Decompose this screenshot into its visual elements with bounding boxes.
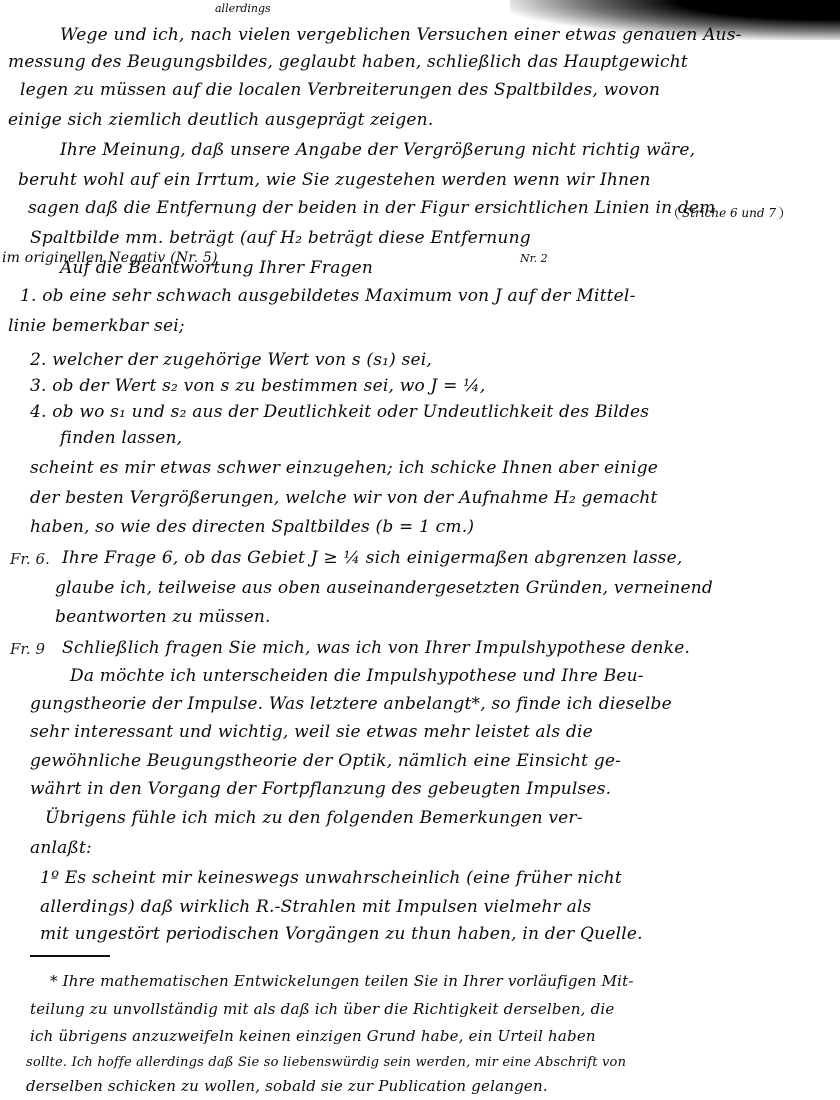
- interlinear-insertion: allerdings: [215, 2, 271, 15]
- text-line-20: Ihre Frage 6, ob das Gebiet J ≥ ¼ sich e…: [62, 548, 682, 568]
- footnote-divider: [30, 955, 110, 957]
- letter-page: allerdings Wege und ich, nach vielen ver…: [0, 0, 840, 1100]
- text-line-3: legen zu müssen auf die localen Verbreit…: [20, 80, 660, 100]
- text-line-29: Übrigens fühle ich mich zu den folgenden…: [45, 808, 583, 828]
- text-line-21: glaube ich, teilweise aus oben auseinand…: [55, 578, 713, 598]
- text-line-1: Wege und ich, nach vielen vergeblichen V…: [60, 25, 742, 45]
- footnote-line-1: * Ihre mathematischen Entwickelungen tei…: [50, 972, 634, 990]
- text-line-18: der besten Vergrößerungen, welche wir vo…: [30, 488, 658, 508]
- question-4-cont: finden lassen,: [60, 428, 182, 448]
- text-line-31: 1º Es scheint mir keineswegs unwahrschei…: [40, 868, 622, 888]
- text-line-24: Da möchte ich unterscheiden die Impulshy…: [70, 666, 644, 686]
- text-line-2: messung des Beugungsbildes, geglaubt hab…: [8, 52, 688, 72]
- text-line-26: sehr interessant und wichtig, weil sie e…: [30, 722, 593, 742]
- text-line-5: Ihre Meinung, daß unsere Angabe der Verg…: [60, 140, 695, 160]
- text-line-22: beantworten zu müssen.: [55, 607, 271, 627]
- question-1: 1. ob eine sehr schwach ausgebildetes Ma…: [20, 286, 636, 306]
- text-line-8: Spaltbilde mm. beträgt (auf H₂ beträgt d…: [30, 228, 531, 248]
- text-line-33: mit ungestört periodischen Vorgängen zu …: [40, 924, 643, 944]
- text-line-28: währt in den Vorgang der Fortpflanzung d…: [30, 779, 611, 799]
- question-4: 4. ob wo s₁ und s₂ aus der Deutlichkeit …: [30, 402, 649, 422]
- footnote-line-4: sollte. Ich hoffe allerdings daß Sie so …: [26, 1055, 626, 1070]
- text-line-7: sagen daß die Entfernung der beiden in d…: [28, 198, 716, 218]
- footnote-line-2: teilung zu unvollständig mit als daß ich…: [30, 1000, 614, 1018]
- text-line-6: beruht wohl auf ein Irrtum, wie Sie zuge…: [18, 170, 651, 190]
- text-line-17: scheint es mir etwas schwer einzugehen; …: [30, 458, 658, 478]
- text-line-19: haben, so wie des directen Spaltbildes (…: [30, 517, 474, 537]
- text-line-10: Auf die Beantwortung Ihrer Fragen: [60, 258, 373, 278]
- text-line-27: gewöhnliche Beugungstheorie der Optik, n…: [30, 751, 621, 771]
- question-1-cont: linie bemerkbar sei;: [8, 316, 185, 336]
- text-line-4: einige sich ziemlich deutlich ausgeprägt…: [8, 110, 433, 130]
- text-line-23: Schließlich fragen Sie mich, was ich von…: [62, 638, 690, 658]
- footnote-line-3: ich übrigens anzuzweifeln keinen einzige…: [30, 1027, 596, 1045]
- question-2: 2. welcher der zugehörige Wert von s (s₁…: [30, 350, 432, 370]
- bracket-note: Striche 6 und 7: [675, 206, 783, 220]
- text-line-32: allerdings) daß wirklich R.-Strahlen mit…: [40, 897, 591, 917]
- footnote-line-5: derselben schicken zu wollen, sobald sie…: [26, 1077, 548, 1095]
- text-line-25: gungstheorie der Impulse. Was letztere a…: [30, 694, 672, 714]
- text-line-30: anlaßt:: [30, 838, 92, 858]
- question-3: 3. ob der Wert s₂ von s zu bestimmen sei…: [30, 376, 485, 396]
- margin-label-fr6: Fr. 6.: [10, 550, 50, 568]
- nr2-note: Nr. 2: [520, 252, 548, 265]
- margin-label-fr9: Fr. 9: [10, 640, 45, 658]
